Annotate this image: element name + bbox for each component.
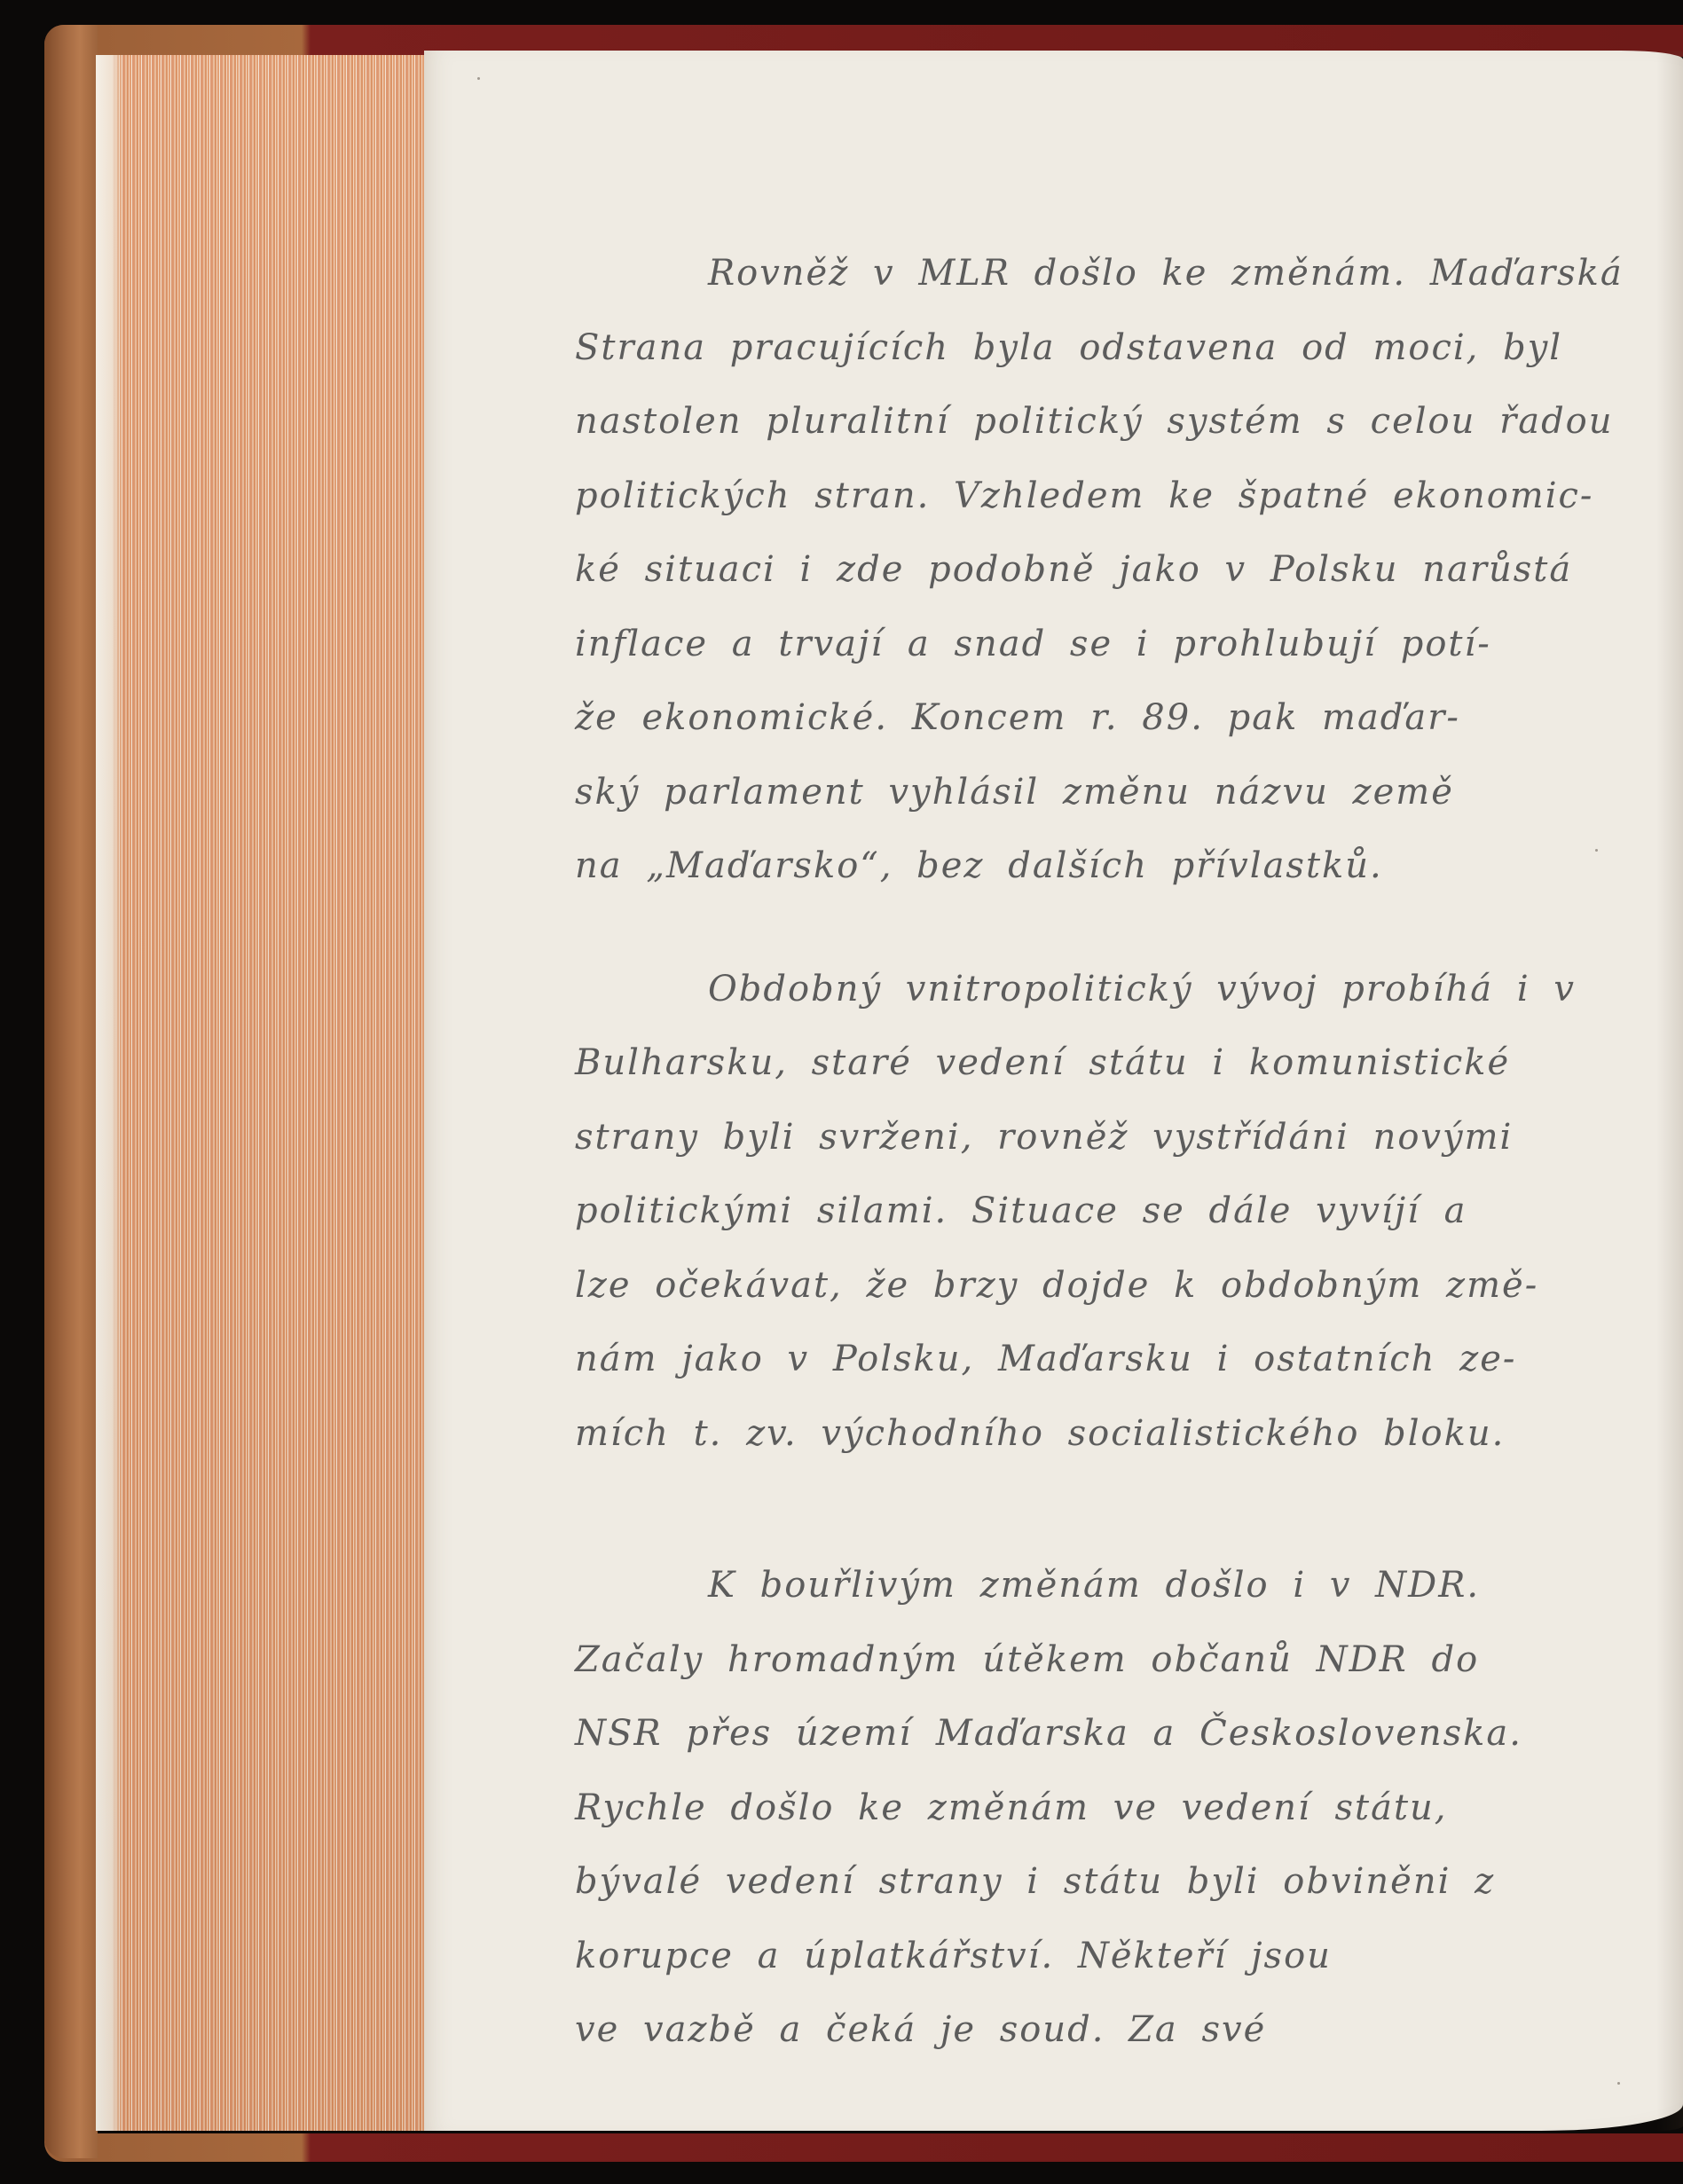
book-spine-leather <box>44 25 98 2158</box>
text-line: Strana pracujících byla odstavena od moc… <box>575 311 1666 386</box>
paragraph-gap <box>575 1471 1666 1549</box>
text-line: ké situaci i zde podobně jako v Polsku n… <box>575 533 1666 608</box>
text-line: Rovněž v MLR došlo ke změnám. Maďarská <box>575 237 1666 311</box>
handwritten-page: Rovněž v MLR došlo ke změnám. Maďarská S… <box>424 51 1683 2131</box>
text-line: Obdobný vnitropolitický vývoj probíhá i … <box>575 953 1666 1027</box>
text-line: bývalé vedení strany i státu byli obvině… <box>575 1845 1666 1920</box>
text-line: na „Maďarsko“, bez dalších přívlastků. <box>575 829 1666 904</box>
text-line: K bouřlivým změnám došlo i v NDR. <box>575 1549 1666 1623</box>
text-line: politických stran. Vzhledem ke špatné ek… <box>575 460 1666 534</box>
paragraph-gdr: K bouřlivým změnám došlo i v NDR. Začaly… <box>575 1549 1666 2068</box>
text-line: lze očekávat, že brzy dojde k obdobným z… <box>575 1249 1666 1324</box>
text-line: NSR přes území Maďarska a Československa… <box>575 1697 1666 1772</box>
paragraph-hungary: Rovněž v MLR došlo ke změnám. Maďarská S… <box>575 237 1666 904</box>
paragraph-bulgaria: Obdobný vnitropolitický vývoj probíhá i … <box>575 953 1666 1472</box>
text-line: korupce a úplatkářství. Někteří jsou <box>575 1920 1666 1994</box>
text-line: Začaly hromadným útěkem občanů NDR do <box>575 1623 1666 1698</box>
text-line: nám jako v Polsku, Maďarsku i ostatních … <box>575 1323 1666 1397</box>
text-line: inflace a trvají a snad se i prohlubují … <box>575 608 1666 682</box>
text-line: Rychle došlo ke změnám ve vedení státu, <box>575 1772 1666 1846</box>
page-stack-fore-edge <box>96 55 426 2131</box>
text-line: mích t. zv. východního socialistického b… <box>575 1397 1666 1472</box>
handwritten-text: Rovněž v MLR došlo ke změnám. Maďarská S… <box>575 237 1666 2068</box>
text-line: Bulharsku, staré vedení státu i komunist… <box>575 1026 1666 1101</box>
text-line: že ekonomické. Koncem r. 89. pak maďar- <box>575 681 1666 756</box>
book-cover-bottom-edge <box>44 2133 1683 2162</box>
text-line: strany byli svrženi, rovněž vystřídáni n… <box>575 1101 1666 1175</box>
text-line: nastolen pluralitní politický systém s c… <box>575 385 1666 460</box>
text-line: politickými silami. Situace se dále vyví… <box>575 1174 1666 1249</box>
paper-speck <box>1617 2082 1620 2085</box>
text-line: ský parlament vyhlásil změnu názvu země <box>575 756 1666 830</box>
paper-speck <box>1595 849 1598 852</box>
paragraph-gap <box>575 904 1666 953</box>
paper-speck <box>477 77 480 80</box>
text-line: ve vazbě a čeká je soud. Za své <box>575 1993 1666 2068</box>
